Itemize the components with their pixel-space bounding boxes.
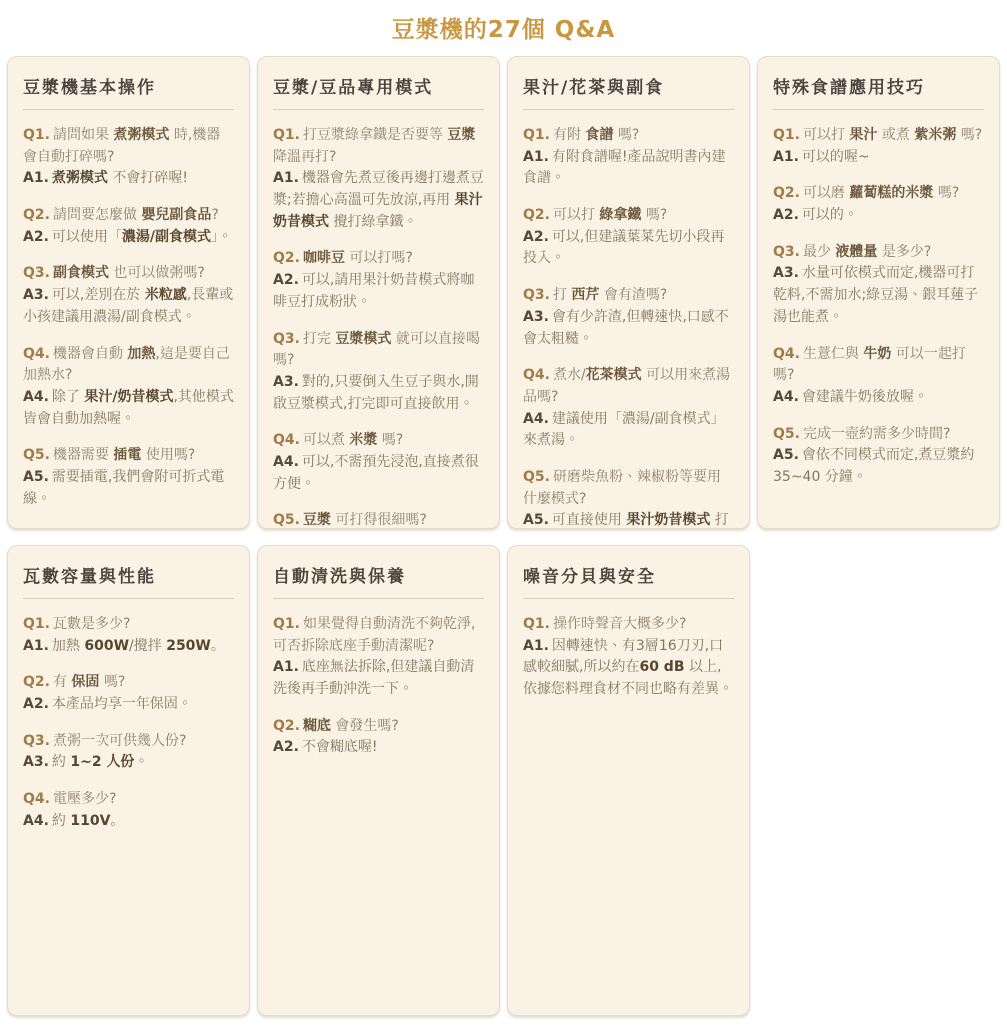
question-text-segment: 豆漿模式 <box>335 331 391 347</box>
answer-label: A2. <box>273 272 299 288</box>
question-line: Q1.有附 食譜 嗎? <box>523 125 734 147</box>
question-text-segment: 嗎? <box>99 674 125 690</box>
answer-label: A5. <box>23 469 49 485</box>
answer-text-segment: 煮粥模式 <box>52 170 108 186</box>
question-text-segment: 瓦數是多少? <box>53 616 130 632</box>
question-line: Q4.可以煮 米漿 嗎? <box>273 430 484 452</box>
question-text-segment: 可以打 <box>553 207 599 223</box>
answer-text-segment: 約 <box>52 754 70 770</box>
question-label: Q3. <box>23 265 50 281</box>
answer-label: A1. <box>273 659 299 675</box>
question-line: Q4.機器會自動 加熱,這是要自己加熱水? <box>23 344 234 387</box>
answer-text-segment: 約 <box>52 813 70 829</box>
qa-item: Q1.操作時聲音大概多少?A1.因轉速快、有3層16刀刃,口感較細膩,所以約在6… <box>523 614 734 701</box>
question-label: Q2. <box>273 718 300 734</box>
question-text-segment: 打 <box>553 287 571 303</box>
answer-text-segment: 可以使用「 <box>52 229 122 245</box>
answer-text-segment: 600W <box>84 638 129 654</box>
answer-line: A3.對的,只要倒入生豆子與水,開啟豆漿模式,打完即可直接飲用。 <box>273 372 484 415</box>
answer-line: A3.會有少許渣,但轉速快,口感不會太粗糙。 <box>523 307 734 350</box>
question-label: Q1. <box>523 127 550 143</box>
answer-line: A1.有附食譜喔!產品說明書內建食譜。 <box>523 147 734 190</box>
question-text-segment: 或煮 <box>877 127 914 143</box>
answer-label: A2. <box>273 739 299 755</box>
card-title: 自動清洗與保養 <box>273 562 484 599</box>
qa-item: Q4.可以煮 米漿 嗎?A4.可以,不需預先浸泡,直接煮很方便。 <box>273 430 484 495</box>
answer-line: A4.除了 果汁/奶昔模式,其他模式皆會自動加熱喔。 <box>23 387 234 430</box>
answer-text-segment: 可直接使用 <box>552 512 626 528</box>
answer-label: A4. <box>523 411 549 427</box>
answer-line: A5.需要插電,我們會附可折式電線。 <box>23 467 234 510</box>
question-text-segment: 使用嗎? <box>141 447 195 463</box>
question-label: Q4. <box>273 432 300 448</box>
answer-line: A4.會建議牛奶後放喔。 <box>773 387 984 409</box>
question-label: Q4. <box>773 346 800 362</box>
question-line: Q1.可以打 果汁 或煮 紫米粥 嗎? <box>773 125 984 147</box>
question-line: Q3.最少 液體量 是多少? <box>773 242 984 264</box>
question-text-segment: 最少 <box>803 244 835 260</box>
answer-label: A3. <box>273 374 299 390</box>
answer-line: A1.因轉速快、有3層16刀刃,口感較細膩,所以約在60 dB 以上,依據您料理… <box>523 636 734 701</box>
question-line: Q3.打完 豆漿模式 就可以直接喝嗎? <box>273 329 484 372</box>
question-text-segment: 會發生嗎? <box>331 718 399 734</box>
answer-text-segment: 」。 <box>211 229 232 245</box>
question-text-segment: 可以煮 <box>303 432 349 448</box>
question-text-segment: 煮粥一次可供幾人份? <box>53 733 186 749</box>
answer-label: A1. <box>523 149 549 165</box>
question-text-segment: 會有渣嗎? <box>599 287 667 303</box>
answer-label: A2. <box>23 696 49 712</box>
question-text-segment: 機器會自動 <box>53 346 127 362</box>
qa-item: Q2.糊底 會發生嗎?A2.不會糊底喔! <box>273 716 484 759</box>
question-text-segment: 電壓多少? <box>53 791 116 807</box>
answer-text-segment: 果汁奶昔模式 <box>626 512 710 528</box>
answer-label: A4. <box>773 389 799 405</box>
answer-text-segment: 不會糊底喔! <box>302 739 378 755</box>
qa-item: Q2.可以打 綠拿鐵 嗎?A2.可以,但建議葉菜先切小段再投入。 <box>523 205 734 270</box>
answer-text-segment: 可以的喔~ <box>802 149 870 165</box>
question-label: Q3. <box>523 287 550 303</box>
question-text-segment: 保固 <box>71 674 99 690</box>
question-text-segment: 可以打 <box>803 127 849 143</box>
answer-label: A3. <box>23 754 49 770</box>
question-line: Q3.打 西芹 會有渣嗎? <box>523 285 734 307</box>
question-label: Q3. <box>23 733 50 749</box>
answer-label: A1. <box>773 149 799 165</box>
qa-item: Q2.可以磨 蘿蔔糕的米漿 嗎?A2.可以的。 <box>773 183 984 226</box>
question-text-segment: 豆漿 <box>303 512 331 528</box>
answer-line: A2.可以使用「濃湯/副食模式」。 <box>23 227 234 249</box>
question-line: Q4.電壓多少? <box>23 789 234 811</box>
question-text-segment: 生薏仁與 <box>803 346 863 362</box>
answer-text-segment: 米粒感 <box>145 287 187 303</box>
answer-text-segment: 建議使用「濃湯/副食模式」來煮湯。 <box>523 411 725 449</box>
qa-item: Q4.機器會自動 加熱,這是要自己加熱水?A4.除了 果汁/奶昔模式,其他模式皆… <box>23 344 234 431</box>
question-label: Q5. <box>773 426 800 442</box>
question-text-segment: 可以磨 <box>803 185 849 201</box>
answer-line: A2.本產品均享一年保固。 <box>23 694 234 716</box>
answer-text-segment: 除了 <box>52 389 84 405</box>
answer-text-segment: 會有少許渣,但轉速快,口感不會太粗糙。 <box>523 309 729 347</box>
answer-text-segment: 需要插電,我們會附可折式電線。 <box>23 469 224 507</box>
answer-text-segment: 1~2 人份 <box>70 754 134 770</box>
question-line: Q2.可以磨 蘿蔔糕的米漿 嗎? <box>773 183 984 205</box>
qa-item: Q5.機器需要 插電 使用嗎?A5.需要插電,我們會附可折式電線。 <box>23 445 234 510</box>
question-label: Q2. <box>773 185 800 201</box>
question-line: Q2.有 保固 嗎? <box>23 672 234 694</box>
question-label: Q4. <box>523 367 550 383</box>
question-text-segment: 嗎? <box>933 185 959 201</box>
answer-label: A2. <box>523 229 549 245</box>
answer-text-segment: 可以,但建議葉菜先切小段再投入。 <box>523 229 724 267</box>
question-line: Q2.咖啡豆 可以打嗎? <box>273 248 484 270</box>
answer-line: A2.不會糊底喔! <box>273 737 484 759</box>
question-text-segment: 完成一壺約需多少時間? <box>803 426 950 442</box>
question-label: Q5. <box>523 469 550 485</box>
question-label: Q1. <box>23 127 50 143</box>
answer-line: A5.會依不同模式而定,煮豆漿約 35~40 分鐘。 <box>773 445 984 488</box>
question-text-segment: 煮水/ <box>553 367 586 383</box>
card-title: 瓦數容量與性能 <box>23 562 234 599</box>
answer-text-segment: 。 <box>134 754 148 770</box>
answer-label: A4. <box>23 813 49 829</box>
answer-line: A1.煮粥模式 不會打碎喔! <box>23 168 234 190</box>
question-line: Q2.可以打 綠拿鐵 嗎? <box>523 205 734 227</box>
question-text-segment: 嬰兒副食品 <box>141 207 211 223</box>
answer-text-segment: 不會打碎喔! <box>108 170 188 186</box>
card-title: 特殊食譜應用技巧 <box>773 73 984 110</box>
qa-item: Q3.打 西芹 會有渣嗎?A3.會有少許渣,但轉速快,口感不會太粗糙。 <box>523 285 734 350</box>
page-title: 豆漿機的27個 Q&A <box>0 0 1007 56</box>
answer-label: A1. <box>523 638 549 654</box>
answer-label: A3. <box>23 287 49 303</box>
qa-item: Q3.副食模式 也可以做粥嗎?A3.可以,差別在於 米粒感,長輩或小孩建議用濃湯… <box>23 263 234 328</box>
question-label: Q5. <box>273 512 300 528</box>
answer-line: A4.可以,不需預先浸泡,直接煮很方便。 <box>273 452 484 495</box>
answer-line: A2.可以的。 <box>773 205 984 227</box>
answer-text-segment: 底座無法拆除,但建議自動清洗後再手動沖洗一下。 <box>273 659 474 697</box>
question-text-segment: 牛奶 <box>863 346 891 362</box>
answer-label: A2. <box>23 229 49 245</box>
question-text-segment: 有 <box>53 674 71 690</box>
question-text-segment: 煮粥模式 <box>113 127 169 143</box>
question-label: Q1. <box>523 616 550 632</box>
question-text-segment: 蘿蔔糕的米漿 <box>849 185 933 201</box>
qa-item: Q3.最少 液體量 是多少?A3.水量可依模式而定,機器可打乾料,不需加水;綠豆… <box>773 242 984 329</box>
question-text-segment: 豆漿 <box>447 127 475 143</box>
answer-text-segment: 可以,不需預先浸泡,直接煮很方便。 <box>273 454 479 492</box>
answer-text-segment: 可以,差別在於 <box>52 287 145 303</box>
qa-card: 豆漿/豆品專用模式Q1.打豆漿綠拿鐵是否要等 豆漿 降溫再打?A1.機器會先煮豆… <box>257 56 500 529</box>
question-label: Q2. <box>523 207 550 223</box>
answer-text-segment: 會依不同模式而定,煮豆漿約 35~40 分鐘。 <box>773 447 974 485</box>
answer-text-segment: 對的,只要倒入生豆子與水,開啟豆漿模式,打完即可直接飲用。 <box>273 374 479 412</box>
answer-text-segment: 會建議牛奶後放喔。 <box>802 389 928 405</box>
question-label: Q2. <box>273 250 300 266</box>
answer-label: A5. <box>523 512 549 528</box>
question-text-segment: 食譜 <box>585 127 613 143</box>
answer-line: A1.底座無法拆除,但建議自動清洗後再手動沖洗一下。 <box>273 657 484 700</box>
qa-item: Q3.煮粥一次可供幾人份?A3.約 1~2 人份。 <box>23 731 234 774</box>
answer-text-segment: 本產品均享一年保固。 <box>52 696 192 712</box>
question-line: Q3.副食模式 也可以做粥嗎? <box>23 263 234 285</box>
answer-line: A3.可以,差別在於 米粒感,長輩或小孩建議用濃湯/副食模式。 <box>23 285 234 328</box>
question-text-segment: 紫米粥 <box>914 127 956 143</box>
qa-card: 自動清洗與保養Q1.如果覺得自動清洗不夠乾淨,可否拆除底座手動清潔呢?A1.底座… <box>257 545 500 1016</box>
question-line: Q4.煮水/花茶模式 可以用來煮湯品嗎? <box>523 365 734 408</box>
question-text-segment: 嗎? <box>641 207 667 223</box>
question-line: Q4.生薏仁與 牛奶 可以一起打嗎? <box>773 344 984 387</box>
qa-item: Q1.可以打 果汁 或煮 紫米粥 嗎?A1.可以的喔~ <box>773 125 984 168</box>
answer-text-segment: 250W <box>166 638 211 654</box>
qa-item: Q1.有附 食譜 嗎?A1.有附食譜喔!產品說明書內建食譜。 <box>523 125 734 190</box>
question-line: Q5.機器需要 插電 使用嗎? <box>23 445 234 467</box>
question-text-segment: 請問要怎麼做 <box>53 207 141 223</box>
question-label: Q4. <box>23 346 50 362</box>
qa-item: Q4.生薏仁與 牛奶 可以一起打嗎?A4.會建議牛奶後放喔。 <box>773 344 984 409</box>
qa-item: Q1.請問如果 煮粥模式 時,機器會自動打碎嗎?A1.煮粥模式 不會打碎喔! <box>23 125 234 190</box>
answer-text-segment: /攪拌 <box>129 638 166 654</box>
answer-line: A2.可以,但建議葉菜先切小段再投入。 <box>523 227 734 270</box>
question-text-segment: 糊底 <box>303 718 331 734</box>
question-label: Q4. <box>23 791 50 807</box>
question-text-segment: 可以打嗎? <box>345 250 413 266</box>
question-text-segment: 西芹 <box>571 287 599 303</box>
question-text-segment: 可打得很細嗎? <box>331 512 427 528</box>
answer-text-segment: 果汁/奶昔模式 <box>84 389 173 405</box>
answer-text-segment: 有附食譜喔!產品說明書內建食譜。 <box>523 149 726 187</box>
question-text-segment: 副食模式 <box>53 265 109 281</box>
question-line: Q1.打豆漿綠拿鐵是否要等 豆漿 降溫再打? <box>273 125 484 168</box>
question-line: Q5.豆漿 可打得很細嗎? <box>273 510 484 529</box>
qa-item: Q4.電壓多少?A4.約 110V。 <box>23 789 234 832</box>
qa-item: Q1.如果覺得自動清洗不夠乾淨,可否拆除底座手動清潔呢?A1.底座無法拆除,但建… <box>273 614 484 701</box>
answer-line: A4.約 110V。 <box>23 811 234 833</box>
card-title: 豆漿機基本操作 <box>23 73 234 110</box>
qa-item: Q2.有 保固 嗎?A2.本產品均享一年保固。 <box>23 672 234 715</box>
faq-page: 豆漿機的27個 Q&A 豆漿機基本操作Q1.請問如果 煮粥模式 時,機器會自動打… <box>0 0 1007 1026</box>
question-text-segment: 加熱 <box>127 346 155 362</box>
qa-card: 果汁/花茶與副食Q1.有附 食譜 嗎?A1.有附食譜喔!產品說明書內建食譜。Q2… <box>507 56 750 529</box>
question-text-segment: 有附 <box>553 127 585 143</box>
qa-item: Q5.研磨柴魚粉、辣椒粉等要用什麼模式?A5.可直接使用 果汁奶昔模式 打即可。 <box>523 467 734 529</box>
question-text-segment: 打豆漿綠拿鐵是否要等 <box>303 127 447 143</box>
question-line: Q1.瓦數是多少? <box>23 614 234 636</box>
question-label: Q3. <box>273 331 300 347</box>
card-title: 噪音分貝與安全 <box>523 562 734 599</box>
answer-line: A1.可以的喔~ <box>773 147 984 169</box>
answer-line: A5.可直接使用 果汁奶昔模式 打即可。 <box>523 510 734 529</box>
question-label: Q1. <box>773 127 800 143</box>
qa-item: Q5.完成一壺約需多少時間?A5.會依不同模式而定,煮豆漿約 35~40 分鐘。 <box>773 424 984 489</box>
answer-text-segment: 加熱 <box>52 638 84 654</box>
question-label: Q1. <box>273 616 300 632</box>
answer-label: A1. <box>23 170 49 186</box>
question-text-segment: 請問如果 <box>53 127 113 143</box>
question-text-segment: 機器需要 <box>53 447 113 463</box>
answer-line: A1.機器會先煮豆後再邊打邊煮豆漿;若擔心高溫可先放涼,再用 果汁奶昔模式 攪打… <box>273 168 484 233</box>
question-line: Q1.請問如果 煮粥模式 時,機器會自動打碎嗎? <box>23 125 234 168</box>
question-label: Q5. <box>23 447 50 463</box>
question-text-segment: 嗎? <box>956 127 982 143</box>
answer-text-segment: 110V <box>70 813 110 829</box>
qa-item: Q2.咖啡豆 可以打嗎?A2.可以,請用果汁奶昔模式將咖啡豆打成粉狀。 <box>273 248 484 313</box>
question-text-segment: 操作時聲音大概多少? <box>553 616 686 632</box>
question-text-segment: 研磨柴魚粉、辣椒粉等要用什麼模式? <box>523 469 721 507</box>
answer-text-segment: 攪打綠拿鐵。 <box>329 214 417 230</box>
answer-text-segment: 60 dB <box>639 659 684 675</box>
question-text-segment: 綠拿鐵 <box>599 207 641 223</box>
answer-label: A1. <box>273 170 299 186</box>
question-text-segment: 降溫再打? <box>273 149 336 165</box>
answer-text-segment: 濃湯/副食模式 <box>122 229 211 245</box>
answer-line: A4.建議使用「濃湯/副食模式」來煮湯。 <box>523 409 734 452</box>
question-text-segment: 是多少? <box>877 244 931 260</box>
answer-label: A4. <box>273 454 299 470</box>
question-line: Q3.煮粥一次可供幾人份? <box>23 731 234 753</box>
qa-item: Q3.打完 豆漿模式 就可以直接喝嗎?A3.對的,只要倒入生豆子與水,開啟豆漿模… <box>273 329 484 416</box>
question-text-segment: 液體量 <box>835 244 877 260</box>
question-text-segment: ? <box>211 207 218 223</box>
card-title: 果汁/花茶與副食 <box>523 73 734 110</box>
qa-card: 噪音分貝與安全Q1.操作時聲音大概多少?A1.因轉速快、有3層16刀刃,口感較細… <box>507 545 750 1016</box>
answer-text-segment: 。 <box>211 638 225 654</box>
question-label: Q1. <box>23 616 50 632</box>
card-title: 豆漿/豆品專用模式 <box>273 73 484 110</box>
question-line: Q5.研磨柴魚粉、辣椒粉等要用什麼模式? <box>523 467 734 510</box>
question-text-segment: 插電 <box>113 447 141 463</box>
question-text-segment: 如果覺得自動清洗不夠乾淨,可否拆除底座手動清潔呢? <box>273 616 475 654</box>
answer-label: A1. <box>23 638 49 654</box>
question-line: Q5.完成一壺約需多少時間? <box>773 424 984 446</box>
question-text-segment: 果汁 <box>849 127 877 143</box>
question-text-segment: 也可以做粥嗎? <box>109 265 205 281</box>
answer-line: A3.水量可依模式而定,機器可打乾料,不需加水;綠豆湯、銀耳蓮子湯也能煮。 <box>773 263 984 328</box>
question-text-segment: 嗎? <box>613 127 639 143</box>
question-line: Q2.糊底 會發生嗎? <box>273 716 484 738</box>
question-text-segment: 嗎? <box>377 432 403 448</box>
question-label: Q2. <box>23 207 50 223</box>
qa-card: 豆漿機基本操作Q1.請問如果 煮粥模式 時,機器會自動打碎嗎?A1.煮粥模式 不… <box>7 56 250 529</box>
answer-text-segment: 可以的。 <box>802 207 858 223</box>
question-text-segment: 米漿 <box>349 432 377 448</box>
qa-item: Q5.豆漿 可打得很細嗎?A5.非常細緻,口感細膩滑順。 <box>273 510 484 529</box>
answer-text-segment: 水量可依模式而定,機器可打乾料,不需加水;綠豆湯、銀耳蓮子湯也能煮。 <box>773 265 978 324</box>
answer-label: A4. <box>23 389 49 405</box>
answer-label: A3. <box>523 309 549 325</box>
answer-line: A1.加熱 600W/攪拌 250W。 <box>23 636 234 658</box>
answer-text-segment: 機器會先煮豆後再邊打邊煮豆漿;若擔心高溫可先放涼,再用 <box>273 170 484 208</box>
qa-item: Q1.打豆漿綠拿鐵是否要等 豆漿 降溫再打?A1.機器會先煮豆後再邊打邊煮豆漿;… <box>273 125 484 233</box>
qa-card-grid: 豆漿機基本操作Q1.請問如果 煮粥模式 時,機器會自動打碎嗎?A1.煮粥模式 不… <box>0 56 1007 1026</box>
qa-card: 特殊食譜應用技巧Q1.可以打 果汁 或煮 紫米粥 嗎?A1.可以的喔~Q2.可以… <box>757 56 1000 529</box>
answer-text-segment: 。 <box>110 813 124 829</box>
question-text-segment: 咖啡豆 <box>303 250 345 266</box>
question-text-segment: 花茶模式 <box>586 367 642 383</box>
qa-item: Q4.煮水/花茶模式 可以用來煮湯品嗎?A4.建議使用「濃湯/副食模式」來煮湯。 <box>523 365 734 452</box>
answer-line: A3.約 1~2 人份。 <box>23 752 234 774</box>
answer-label: A5. <box>773 447 799 463</box>
question-label: Q2. <box>23 674 50 690</box>
question-label: Q1. <box>273 127 300 143</box>
question-label: Q3. <box>773 244 800 260</box>
answer-text-segment: 可以,請用果汁奶昔模式將咖啡豆打成粉狀。 <box>273 272 474 310</box>
question-line: Q2.請問要怎麼做 嬰兒副食品? <box>23 205 234 227</box>
qa-card: 瓦數容量與性能Q1.瓦數是多少?A1.加熱 600W/攪拌 250W。Q2.有 … <box>7 545 250 1016</box>
question-line: Q1.如果覺得自動清洗不夠乾淨,可否拆除底座手動清潔呢? <box>273 614 484 657</box>
qa-item: Q1.瓦數是多少?A1.加熱 600W/攪拌 250W。 <box>23 614 234 657</box>
answer-line: A2.可以,請用果汁奶昔模式將咖啡豆打成粉狀。 <box>273 270 484 313</box>
qa-item: Q2.請問要怎麼做 嬰兒副食品?A2.可以使用「濃湯/副食模式」。 <box>23 205 234 248</box>
question-line: Q1.操作時聲音大概多少? <box>523 614 734 636</box>
answer-label: A2. <box>773 207 799 223</box>
answer-label: A3. <box>773 265 799 281</box>
question-text-segment: 打完 <box>303 331 335 347</box>
